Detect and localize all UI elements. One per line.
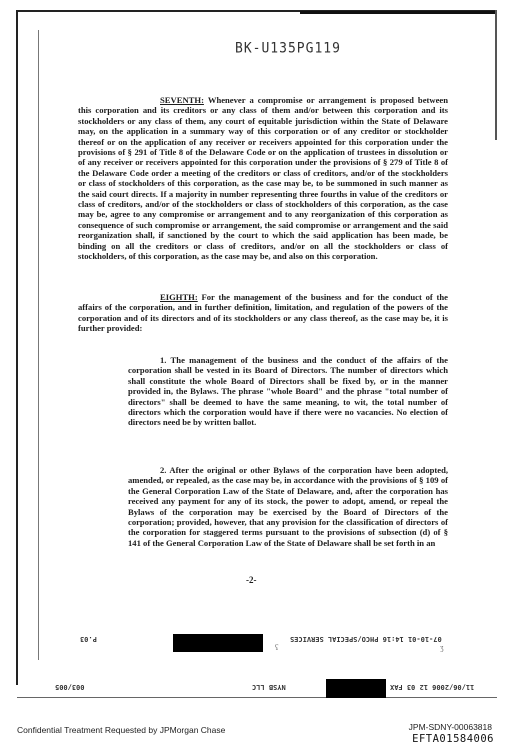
heading-seventh: SEVENTH: bbox=[160, 95, 204, 105]
fax-timestamp: 11/06/2006 12 03 FAX bbox=[390, 683, 474, 691]
scan-mark: ʒ bbox=[440, 643, 444, 652]
fax-page-count: 003/005 bbox=[55, 683, 85, 691]
redaction-box bbox=[173, 634, 263, 652]
subparagraph-2: 2. After the original or other Bylaws of… bbox=[128, 465, 448, 548]
redaction-box bbox=[326, 679, 386, 698]
paragraph-seventh-text: Whenever a compromise or arrangement is … bbox=[78, 95, 448, 261]
bates-number: JPM-SDNY-00063818 bbox=[409, 722, 492, 732]
efta-number: EFTA01584006 bbox=[412, 733, 494, 745]
page-number: -2- bbox=[246, 575, 257, 585]
page-frame-top-thick bbox=[300, 11, 497, 14]
page-frame-left bbox=[16, 10, 18, 685]
book-page-stamp: BK-U135PG119 bbox=[235, 40, 341, 57]
paragraph-eighth: EIGHTH: For the management of the busine… bbox=[78, 292, 448, 334]
binding-line bbox=[38, 30, 39, 660]
scan-mark: ʕ bbox=[275, 643, 279, 652]
fax-header-line-1: 07-10-01 14:16 PHCO/SPECIAL SERVICES bbox=[290, 635, 442, 643]
scanned-page: BK-U135PG119 SEVENTH: Whenever a comprom… bbox=[0, 0, 512, 700]
subparagraph-1: 1. The management of the business and th… bbox=[128, 355, 448, 428]
paragraph-eighth-text: For the management of the business and f… bbox=[78, 292, 448, 333]
confidentiality-notice: Confidential Treatment Requested by JPMo… bbox=[17, 725, 225, 735]
paragraph-seventh: SEVENTH: Whenever a compromise or arrang… bbox=[78, 95, 448, 262]
page-frame-bottom bbox=[17, 697, 497, 698]
fax-page-indicator: P.03 bbox=[80, 635, 97, 643]
heading-eighth: EIGHTH: bbox=[160, 292, 198, 302]
page-frame-right bbox=[495, 10, 497, 140]
fax-sender: NYSB LLC bbox=[252, 683, 286, 691]
